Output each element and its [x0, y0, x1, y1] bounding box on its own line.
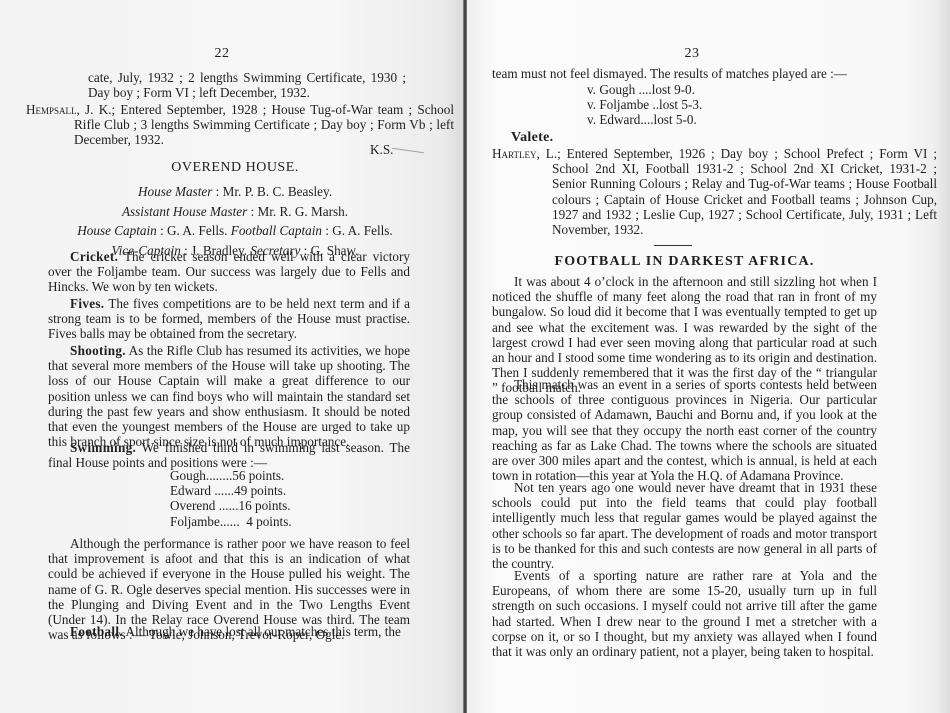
house: Foljambe: [170, 514, 220, 529]
points-row: Gough........56 points.: [170, 468, 370, 483]
page-number: 23: [662, 46, 722, 62]
result: lost 9-0.: [652, 82, 695, 97]
entry-text: , J. K.; Entered September, 1928 ; House…: [74, 102, 454, 147]
continued-text: team must not feel dismayed. The results…: [492, 66, 877, 81]
football-paragraph: Football. Although we have lost all our …: [48, 624, 410, 639]
points: 56 points.: [232, 468, 284, 483]
article-title: FOOTBALL IN DARKEST AFRICA.: [492, 254, 877, 269]
points: 49 points.: [234, 483, 286, 498]
result-row: v. Gough ....lost 9-0.: [587, 82, 807, 97]
house: Gough: [170, 468, 206, 483]
result-row: v. Foljambe ..lost 5-3.: [587, 97, 807, 112]
entry-name: Hempsall: [26, 102, 77, 117]
leader: ....: [640, 112, 653, 127]
swimming-points-table: Gough........56 points. Edward ......49 …: [170, 468, 370, 529]
points-row: Foljambe...... 4 points.: [170, 514, 370, 529]
captains-line: House Captain : G. A. Fells. Football Ca…: [40, 221, 430, 241]
leader: ......: [215, 498, 238, 513]
value: : Mr. R. G. Marsh.: [247, 204, 348, 219]
points: 4 points.: [240, 514, 292, 529]
opponent: v. Foljambe: [587, 97, 649, 112]
article-paragraph: Not ten years ago one would never have d…: [492, 480, 877, 571]
fives-paragraph: Fives. The fives competitions are to be …: [48, 296, 410, 342]
book-spread: 22 cate, July, 1932 ; 2 lengths Swimming…: [0, 0, 950, 713]
leader: ....: [635, 82, 651, 97]
points-row: Overend ......16 points.: [170, 498, 370, 513]
house-master-line: House Master : Mr. P. B. C. Beasley.: [40, 182, 430, 202]
valete-entry-hartley: Hartley, L.; Entered September, 1926 ; D…: [492, 146, 937, 237]
value: : Mr. P. B. C. Beasley.: [212, 184, 332, 199]
assistant-master-line: Assistant House Master : Mr. R. G. Marsh…: [40, 202, 430, 222]
page-number: 22: [192, 46, 252, 62]
house: Edward: [170, 483, 211, 498]
points: 16 points.: [238, 498, 290, 513]
body: Although we have lost all our matches th…: [123, 624, 401, 639]
value: : G. A. Fells.: [322, 223, 393, 238]
body: As the Rifle Club has resumed its activi…: [48, 343, 410, 449]
valete-heading: Valete.: [511, 130, 711, 145]
label: Assistant House Master: [122, 204, 247, 219]
opponent: v. Gough: [587, 82, 635, 97]
label: Football Captain: [231, 223, 322, 238]
leader: ......: [220, 514, 240, 529]
entry-name: Hartley: [492, 146, 536, 161]
continued-entry: cate, July, 1932 ; 2 lengths Swimming Ce…: [88, 70, 406, 100]
result: lost 5-3.: [659, 97, 702, 112]
match-results: v. Gough ....lost 9-0. v. Foljambe ..los…: [587, 82, 807, 128]
opponent: v. Edward: [587, 112, 640, 127]
heading: Football.: [70, 624, 123, 639]
entry-text: , L.; Entered September, 1926 ; Day boy …: [536, 146, 937, 237]
label: House Master: [138, 184, 212, 199]
value: : G. A. Fells.: [157, 223, 231, 238]
heading: Fives.: [70, 296, 104, 311]
leader: ........: [206, 468, 232, 483]
label: House Captain: [77, 223, 157, 238]
left-page: 22 cate, July, 1932 ; 2 lengths Swimming…: [0, 0, 463, 713]
heading: Cricket.: [70, 249, 118, 264]
article-paragraph: Events of a sporting nature are rather r…: [492, 568, 877, 659]
result-row: v. Edward....lost 5-0.: [587, 112, 807, 127]
points-row: Edward ......49 points.: [170, 483, 370, 498]
section-divider: [654, 245, 692, 246]
author-signature: K.S.: [370, 142, 420, 157]
heading: Shooting.: [70, 343, 126, 358]
right-page: 23 team must not feel dismayed. The resu…: [467, 0, 950, 713]
leader: ......: [211, 483, 234, 498]
article-paragraph: This match was an event in a series of s…: [492, 377, 877, 483]
leader: ..: [649, 97, 659, 112]
house: Overend: [170, 498, 215, 513]
result: lost 5-0.: [654, 112, 697, 127]
section-title: OVEREND HOUSE.: [60, 160, 410, 175]
valete-entry-hempsall: Hempsall, J. K.; Entered September, 1928…: [26, 102, 454, 148]
shooting-paragraph: Shooting. As the Rifle Club has resumed …: [48, 343, 410, 449]
swimming-paragraph: Swimming. We finished third in swimming …: [48, 440, 410, 470]
cricket-paragraph: Cricket. The cricket season ended well w…: [48, 249, 410, 295]
heading: Swimming.: [70, 440, 136, 455]
